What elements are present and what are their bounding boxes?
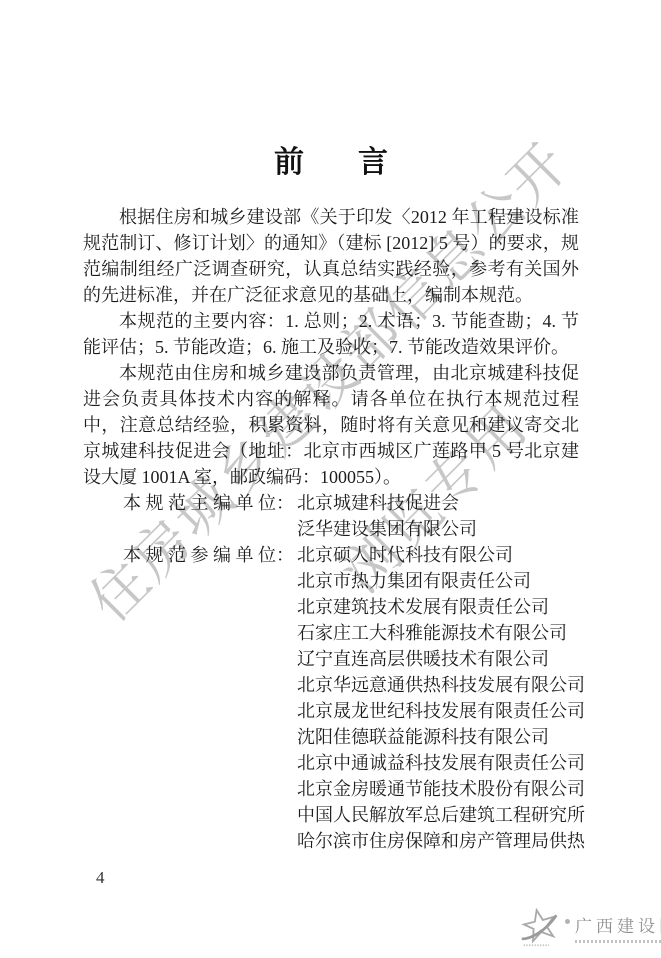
site-logo: 广西建设网 (520, 906, 661, 950)
document-page: 住房城乡建设部信息公开 浏览专用 前 言 根据住房和城乡建设部《关于印发〈201… (0, 0, 661, 958)
paragraph-management: 本规范由住房和城乡建设部负责管理，由北京城建科技促进会负责具体技术内容的解释。请… (83, 360, 579, 490)
page-content: 前 言 根据住房和城乡建设部《关于印发〈2012 年工程建设标准规范制订、修订计… (83, 146, 579, 854)
unit-line: 北京城建科技促进会 (297, 490, 579, 516)
logo-dot (565, 919, 570, 924)
paragraph-contents: 本规范的主要内容：1. 总则；2. 术语；3. 节能查勘；4. 节能评估；5. … (83, 308, 579, 360)
chief-editor-units: 北京城建科技促进会 泛华建设集团有限公司 (297, 490, 579, 542)
unit-line: 泛华建设集团有限公司 (297, 516, 579, 542)
page-title-char-2: 言 (358, 146, 388, 180)
unit-line: 北京中通诚益科技发展有限责任公司 (297, 750, 579, 776)
co-editor-label: 本 规 范 参 编 单 位： (123, 542, 297, 854)
chief-editor-row: 本 规 范 主 编 单 位： 北京城建科技促进会 泛华建设集团有限公司 (83, 490, 579, 542)
page-title: 前 言 (83, 146, 579, 180)
unit-line: 北京建筑技术发展有限责任公司 (297, 594, 579, 620)
paragraph-basis: 根据住房和城乡建设部《关于印发〈2012 年工程建设标准规范制订、修订计划〉的通… (83, 204, 579, 308)
unit-line: 北京市热力集团有限责任公司 (297, 568, 579, 594)
unit-line: 辽宁直连高层供暖技术有限公司 (297, 646, 579, 672)
co-editor-row: 本 规 范 参 编 单 位： 北京硕人时代科技有限公司 北京市热力集团有限责任公… (83, 542, 579, 854)
logo-tagline-microtext (575, 940, 661, 943)
chief-editor-label: 本 规 范 主 编 单 位： (123, 490, 297, 542)
unit-line: 石家庄工大科雅能源技术有限公司 (297, 620, 579, 646)
star-icon (520, 906, 560, 950)
page-number: 4 (96, 868, 105, 888)
page-title-char-1: 前 (274, 146, 304, 180)
unit-line: 中国人民解放军总后建筑工程研究所 (297, 802, 579, 828)
logo-site-name: 广西建设网 (575, 917, 661, 937)
unit-line: 北京华远意通供热科技发展有限公司 (297, 672, 579, 698)
unit-line: 北京硕人时代科技有限公司 (297, 542, 579, 568)
unit-line: 沈阳佳德联益能源科技有限公司 (297, 724, 579, 750)
unit-line: 哈尔滨市住房保障和房产管理局供热 (297, 828, 579, 854)
logo-text-block: 广西建设网 (575, 917, 661, 943)
co-editor-units: 北京硕人时代科技有限公司 北京市热力集团有限责任公司 北京建筑技术发展有限责任公… (297, 542, 579, 854)
unit-line: 北京金房暖通节能技术股份有限公司 (297, 776, 579, 802)
unit-line: 北京晟龙世纪科技发展有限责任公司 (297, 698, 579, 724)
